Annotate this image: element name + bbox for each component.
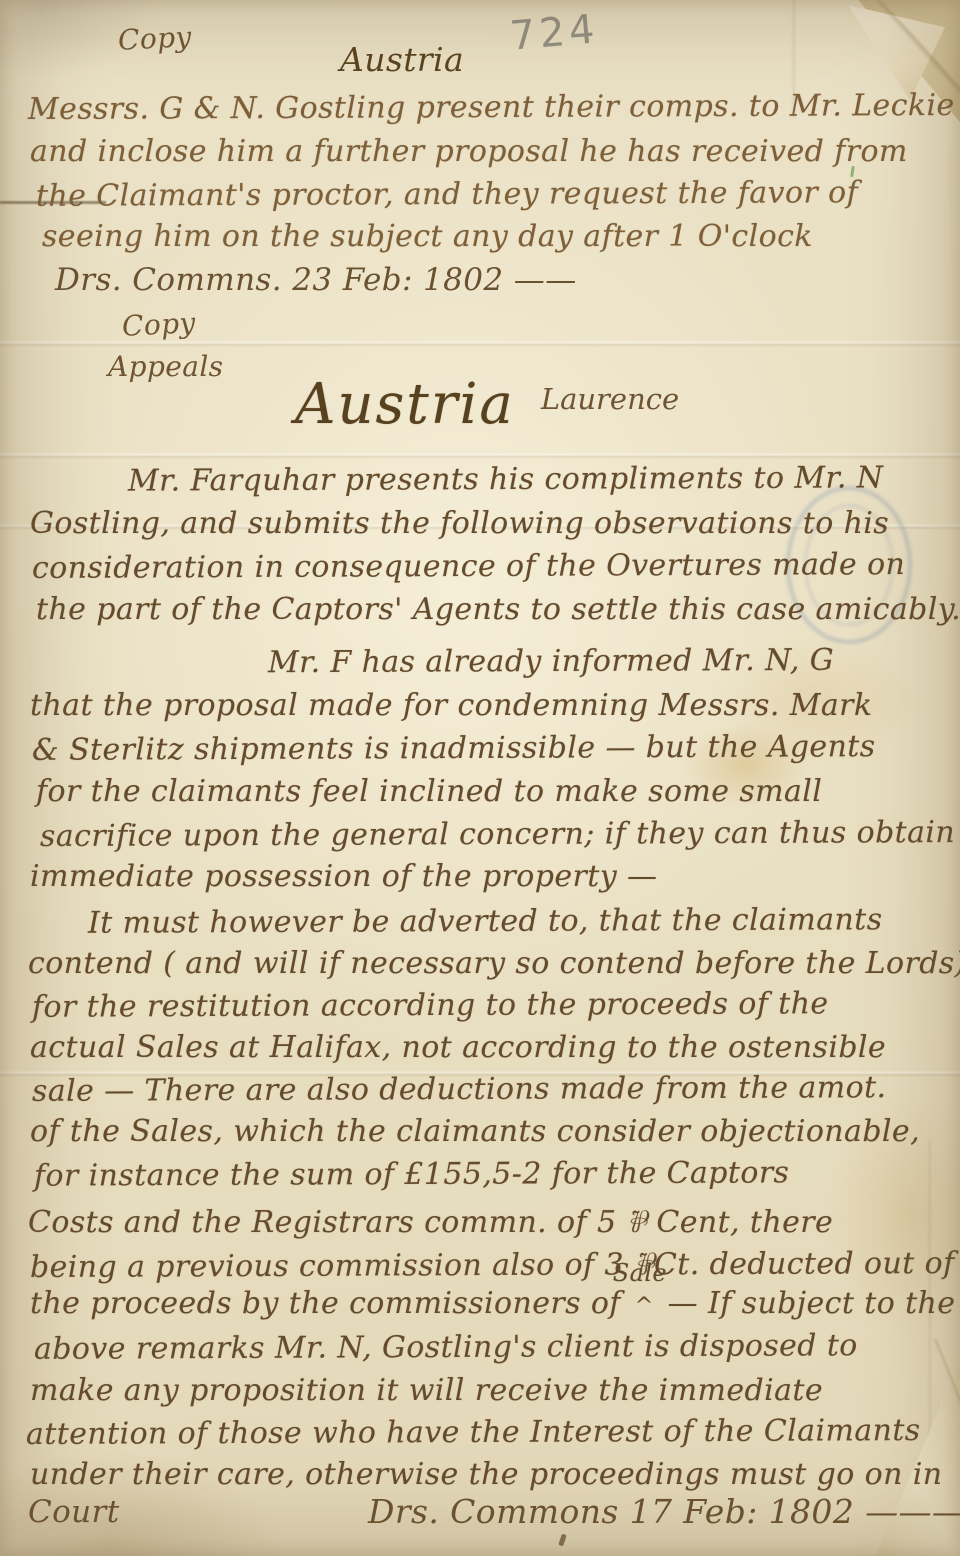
manuscript-line: being a previous commission also of 3 ⅌C… [30, 1241, 955, 1286]
manuscript-line: & Sterlitz shipments is inadmissible — b… [32, 729, 876, 768]
manuscript-line: that the proposal made for condemning Me… [30, 688, 872, 723]
manuscript-line: Gostling, and submits the following obse… [30, 506, 889, 541]
manuscript-line: Costs and the Registrars commn. of 5 ⅌ C… [28, 1200, 833, 1241]
manuscript-line: seeing him on the subject any day after … [42, 219, 813, 254]
manuscript-line: Mr. F has already informed Mr. N, G [268, 643, 834, 680]
ink-speck [558, 1534, 566, 1547]
manuscript-page: 724 Copy Austria Messrs. G & N. Gostling… [0, 0, 960, 1556]
manuscript-line: contend ( and will if necessary so conte… [28, 946, 960, 981]
manuscript-line: the part of the Captors' Agents to settl… [36, 592, 960, 627]
manuscript-line: Messrs. G & N. Gostling present their co… [28, 88, 955, 127]
manuscript-line: actual Sales at Halifax, not according t… [30, 1030, 886, 1065]
manuscript-line: of the Sales, which the claimants consid… [30, 1114, 920, 1149]
dateline: Drs. Commons 17 Feb: 1802 ——— [368, 1492, 960, 1531]
manuscript-line: for the restitution according to the pro… [32, 986, 829, 1024]
manuscript-line: make any proposition it will receive the… [30, 1373, 823, 1408]
dateline: Drs. Commns. 23 Feb: 1802 —— [55, 262, 577, 298]
manuscript-line: immediate possession of the property — [30, 859, 657, 894]
interline-insertion: Sale [613, 1259, 667, 1287]
manuscript-line: It must however be adverted to, that the… [88, 902, 883, 940]
case-title: Austria [295, 372, 515, 437]
manuscript-line: the Claimant's proctor, and they request… [36, 175, 858, 214]
manuscript-line: Mr. Farquhar presents his compliments to… [128, 460, 884, 498]
closing-word: Court [28, 1494, 120, 1530]
manuscript-line: for the claimants feel inclined to make … [36, 774, 822, 809]
line-text-post: — If subject to the [668, 1286, 956, 1321]
judge-name: Laurence [541, 382, 679, 416]
case-title-small: Austria [340, 40, 464, 79]
manuscript-line-with-insertion: the proceeds by the commissioners of^Sal… [30, 1286, 955, 1321]
manuscript-line: sale — There are also deductions made fr… [32, 1070, 887, 1109]
insertion-caret: ^Sale [621, 1286, 668, 1321]
manuscript-line: sacrifice upon the general concern; if t… [40, 815, 955, 854]
copy-label: Copy [117, 20, 192, 57]
pencil-folio-number: 724 [508, 6, 600, 60]
manuscript-line: and inclose him a further proposal he ha… [30, 134, 908, 169]
manuscript-line: above remarks Mr. N, Gostling's client i… [34, 1328, 858, 1367]
manuscript-line: consideration in consequence of the Over… [32, 547, 905, 586]
manuscript-line: for instance the sum of £155,5-2 for the… [34, 1155, 789, 1193]
manuscript-line: attention of those who have the Interest… [26, 1413, 921, 1452]
fold-crease [0, 452, 960, 459]
copy-label: Copy [121, 306, 196, 343]
line-text-pre: the proceeds by the commissioners of [30, 1286, 621, 1321]
case-heading: AustriaLaurence [295, 372, 679, 437]
manuscript-line: under their care, otherwise the proceedi… [30, 1457, 942, 1492]
appeals-label: Appeals [108, 350, 223, 383]
